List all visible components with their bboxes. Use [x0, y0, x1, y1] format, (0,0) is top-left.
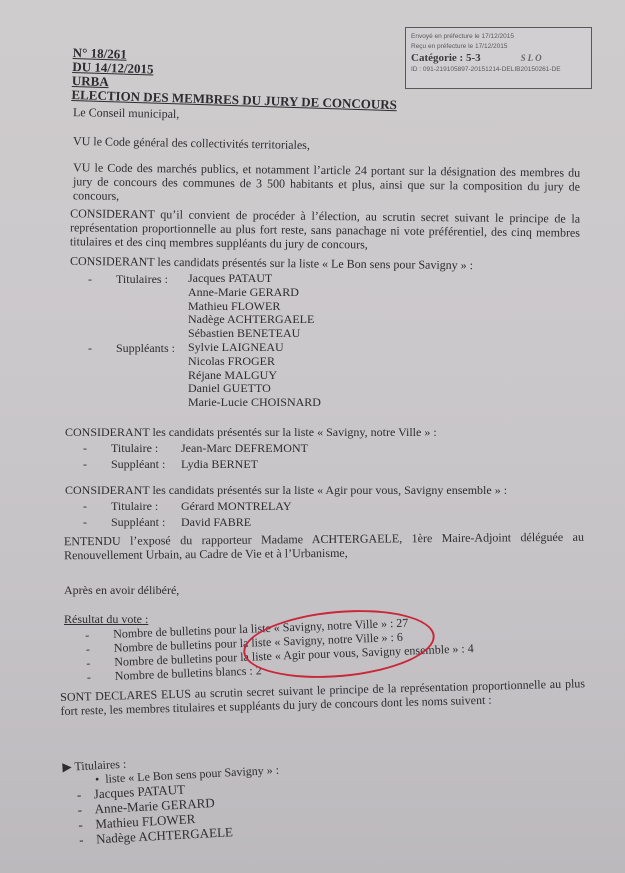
candidate-name: Daniel GUETTO [188, 382, 321, 396]
considerant-list-1: CONSIDERANT les candidats présentés sur … [70, 254, 473, 272]
candidate-name: Lydia BERNET [181, 457, 258, 471]
council-line: Le Conseil municipal, [73, 105, 180, 121]
dot-bullet-icon: • [95, 772, 100, 786]
document-page: N° 18/261 DU 14/12/2015 URBA ELECTION DE… [0, 0, 625, 873]
candidate-name: Sylvie LAIGNEAU [188, 341, 321, 355]
vu-cgct: VU le Code général des collectivités ter… [73, 134, 310, 152]
candidate-name: Mathieu FLOWER [188, 300, 314, 314]
vu-code-marches: VU le Code des marchés publics, et notam… [73, 160, 580, 207]
elected-section: ▶ Titulaires : • liste « Le Bon sens pou… [62, 749, 283, 848]
candidate-name: Nadège ACHTERGAELE [188, 313, 314, 327]
list-1-suppleants: -Suppléants : Sylvie LAIGNEAU Nicolas FR… [88, 341, 321, 410]
candidate-name: David FABRE [181, 515, 251, 529]
list-3-titulaire: -Titulaire :Gérard MONTRELAY [83, 499, 292, 514]
candidate-name: Jacques PATAUT [188, 272, 314, 286]
list-2-titulaire: -Titulaire :Jean-Marc DEFREMONT [83, 441, 308, 456]
list-3-suppleant: -Suppléant :David FABRE [83, 515, 251, 530]
candidate-name: Nicolas FROGER [188, 355, 321, 369]
candidate-name: Gérard MONTRELAY [181, 499, 292, 513]
candidate-name: Anne-Marie GERARD [188, 286, 314, 300]
triangle-bullet-icon: ▶ [62, 760, 72, 774]
deliberation-header: N° 18/261 DU 14/12/2015 URBA ELECTION DE… [71, 46, 398, 112]
candidate-name: Réjane MALGUY [188, 369, 321, 383]
stamp-received: Reçu en préfecture le 17/12/2015 [411, 42, 586, 52]
considerant-election: CONSIDERANT qu’il convient de procéder à… [70, 206, 580, 253]
candidate-name: Jean-Marc DEFREMONT [181, 441, 308, 455]
stamp-category: Catégorie : 5-3SLO [411, 52, 586, 65]
result-title: Résultat du vote : [64, 612, 148, 626]
list-2-suppleant: -Suppléant :Lydia BERNET [83, 457, 258, 472]
list-1-titulaires: -Titulaires : Jacques PATAUT Anne-Marie … [88, 272, 314, 341]
stamp-sent: Envoyé en préfecture le 17/12/2015 [411, 32, 586, 42]
apres-delibere: Après en avoir délibéré, [64, 583, 179, 597]
stamp-id: ID : 091-219105897-20151214-DELIB2015026… [411, 65, 586, 75]
considerant-list-2: CONSIDERANT les candidats présentés sur … [65, 425, 437, 439]
entendu-rapporteur: ENTENDU l’exposé du rapporteur Madame AC… [64, 530, 584, 563]
slo-logo-icon: SLO [521, 53, 544, 63]
considerant-list-3: CONSIDERANT les candidats présentés sur … [65, 483, 507, 497]
declares-elus: SONT DECLARES ELUS au scrutin secret sui… [60, 676, 586, 718]
prefecture-stamp: Envoyé en préfecture le 17/12/2015 Reçu … [405, 27, 592, 89]
candidate-name: Marie-Lucie CHOISNARD [188, 396, 321, 410]
candidate-name: Sébastien BENETEAU [188, 327, 314, 341]
